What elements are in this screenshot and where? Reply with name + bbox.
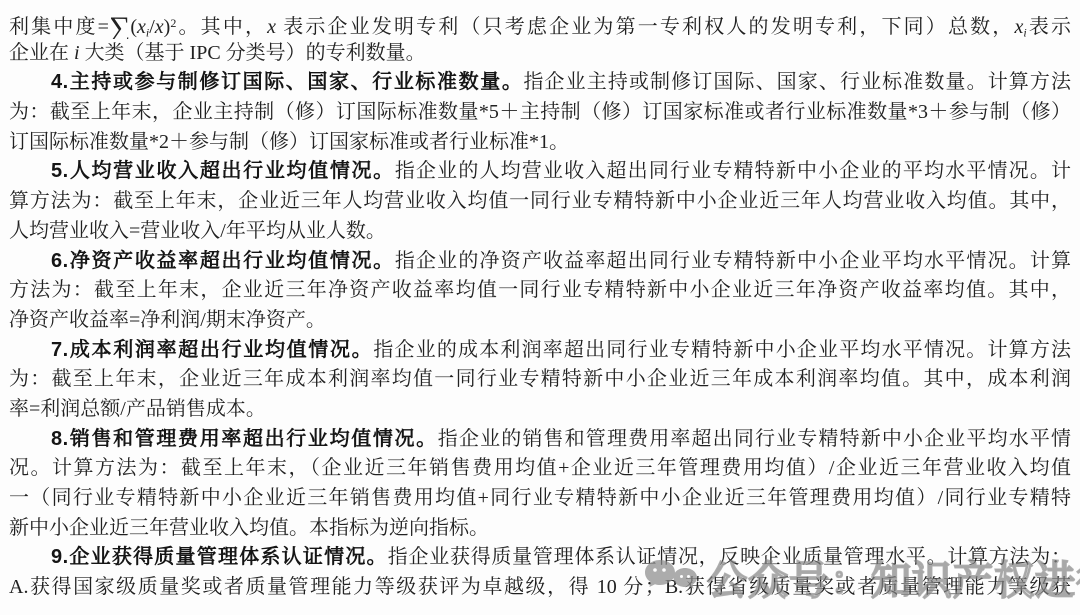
text-segment: 大类（基于 IPC 分类号）的专利数量。 <box>80 42 426 64</box>
text-line: 一（同行业专精特新中小企业近三年销售费用均值+同行业专精特新中小企业近三年管理费… <box>9 484 1071 514</box>
text-line: 率=利润总额/产品销售成本。 <box>9 395 1071 425</box>
text-line: 为：截至上年末，企业近三年成本利润率均值一同行业专精特新中小企业近三年成本利润率… <box>9 365 1071 395</box>
text-line: 为：截至上年末，企业主持制（修）订国际标准数量*5＋主持制（修）订国家标准或者行… <box>9 98 1071 128</box>
text-line: 方法为：截至上年末，企业近三年净资产收益率均值一同行业专精特新中小企业近三年净资… <box>9 276 1071 306</box>
text-segment: 新中小企业近三年营业收入均值。本指标为逆向指标。 <box>9 517 489 539</box>
text-segment: 指企业的销售和管理费用率超出同行业专精特新中小企业平均水平情 <box>438 428 1071 450</box>
document-text: 利集中度=∑(xi/x)2。其中，x 表示企业发明专利（只考虑企业为第一专利权人… <box>9 9 1071 603</box>
text-segment: x <box>267 16 276 38</box>
text-line: 订国际标准数量*2＋参与制（修）订国家标准或者行业标准*1。 <box>9 128 1071 158</box>
text-segment: x <box>155 16 164 38</box>
text-segment: 企业在 <box>9 42 74 64</box>
text-line: 6.净资产收益率超出行业均值情况。指企业的净资产收益率超出同行业专精特新中小企业… <box>9 247 1071 277</box>
text-segment: x <box>137 16 146 38</box>
indicator-heading: 6.净资产收益率超出行业均值情况。 <box>51 250 395 272</box>
document-page: 利集中度=∑(xi/x)2。其中，x 表示企业发明专利（只考虑企业为第一专利权人… <box>0 0 1080 615</box>
text-segment: 方法为：截至上年末，企业近三年净资产收益率均值一同行业专精特新中小企业近三年净资… <box>9 279 1071 301</box>
text-line: 况。计算方法为：截至上年末，（企业近三年销售费用均值+企业近三年管理费用均值）/… <box>9 454 1071 484</box>
text-line: 7.成本利润率超出行业均值情况。指企业的成本利润率超出同行业专精特新中小企业平均… <box>9 336 1071 366</box>
indicator-heading: 9.企业获得质量管理体系认证情况。 <box>51 546 388 568</box>
text-line: 利集中度=∑(xi/x)2。其中，x 表示企业发明专利（只考虑企业为第一专利权人… <box>9 9 1071 39</box>
text-line: 4.主持或参与制修订国际、国家、行业标准数量。指企业主持或制修订国际、国家、行业… <box>9 68 1071 98</box>
indicator-heading: 7.成本利润率超出行业均值情况。 <box>51 339 373 361</box>
text-segment: 。其中， <box>176 16 267 38</box>
text-segment: 表示企业发明专利（只考虑企业为第一专利权人的发明专利，下同）总数， <box>276 16 1014 38</box>
text-segment: 利集中度= <box>9 16 109 38</box>
text-segment: 指企业的成本利润率超出同行业专精特新中小企业平均水平情况。计算方法 <box>373 339 1071 361</box>
text-segment: 订国际标准数量*2＋参与制（修）订国家标准或者行业标准*1。 <box>9 131 569 153</box>
text-segment: 指企业主持或制修订国际、国家、行业标准数量。计算方法 <box>523 71 1071 93</box>
text-segment: ∑ <box>109 11 130 39</box>
text-segment: 为：截至上年末，企业主持制（修）订国际标准数量*5＋主持制（修）订国家标准或者行… <box>9 101 1071 123</box>
text-segment: 为：截至上年末，企业近三年成本利润率均值一同行业专精特新中小企业近三年成本利润率… <box>9 368 1071 390</box>
text-line: 企业在 i 大类（基于 IPC 分类号）的专利数量。 <box>9 39 1071 69</box>
text-line: 人均营业收入=营业收入/年平均从业人数。 <box>9 217 1071 247</box>
text-line: A.获得国家级质量奖或者质量管理能力等级获评为卓越级，得 10 分；B.获得省级… <box>9 573 1071 603</box>
text-segment: 净资产收益率=净利润/期末净资产。 <box>9 309 326 331</box>
text-line: 新中小企业近三年营业收入均值。本指标为逆向指标。 <box>9 514 1071 544</box>
text-segment: 人均营业收入=营业收入/年平均从业人数。 <box>9 220 386 242</box>
indicator-heading: 4.主持或参与制修订国际、国家、行业标准数量。 <box>51 71 523 93</box>
text-segment: 表示 <box>1027 16 1071 38</box>
text-segment: 率=利润总额/产品销售成本。 <box>9 398 266 420</box>
text-segment: A.获得国家级质量奖或者质量管理能力等级获评为卓越级，得 10 分；B.获得省级… <box>9 576 1071 598</box>
text-segment: ( <box>130 16 137 38</box>
text-line: 5.人均营业收入超出行业均值情况。指企业的人均营业收入超出同行业专精特新中小企业… <box>9 157 1071 187</box>
text-segment: 指企业获得质量管理体系认证情况，反映企业质量管理水平。计算方法为： <box>388 546 1071 568</box>
text-segment: 况。计算方法为：截至上年末，（企业近三年销售费用均值+企业近三年管理费用均值）/… <box>9 457 1071 479</box>
text-segment: 指企业的人均营业收入超出同行业专精特新中小企业的平均水平情况。计 <box>395 160 1071 182</box>
text-line: 9.企业获得质量管理体系认证情况。指企业获得质量管理体系认证情况，反映企业质量管… <box>9 543 1071 573</box>
text-segment: x <box>1014 16 1023 38</box>
indicator-heading: 8.销售和管理费用率超出行业均值情况。 <box>51 428 438 450</box>
text-line: 净资产收益率=净利润/期末净资产。 <box>9 306 1071 336</box>
text-segment: 一（同行业专精特新中小企业近三年销售费用均值+同行业专精特新中小企业近三年管理费… <box>9 487 1071 509</box>
indicator-heading: 5.人均营业收入超出行业均值情况。 <box>51 160 395 182</box>
text-line: 8.销售和管理费用率超出行业均值情况。指企业的销售和管理费用率超出同行业专精特新… <box>9 425 1071 455</box>
text-line: 算方法为：截至上年末，企业近三年人均营业收入均值一同行业专精特新中小企业近三年人… <box>9 187 1071 217</box>
text-segment: 指企业的净资产收益率超出同行业专精特新中小企业平均水平情况。计算 <box>395 250 1071 272</box>
text-segment: 算方法为：截至上年末，企业近三年人均营业收入均值一同行业专精特新中小企业近三年人… <box>9 190 1071 212</box>
